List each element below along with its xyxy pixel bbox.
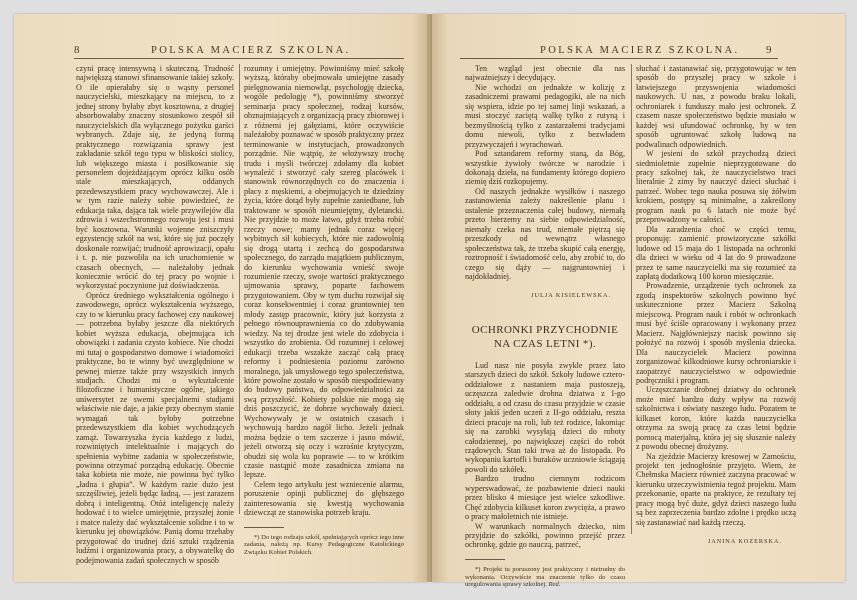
article-title-line-2: NA CZAS LETNI *). [465, 337, 625, 351]
paragraph: Ten wzgląd jest obecnie dla nas najważni… [465, 64, 625, 83]
paragraph: Bardzo trudno ciemnym rodzicom wyperswad… [465, 474, 625, 521]
footnote-left: *) Do tego rodzaju szkół, spełniających … [244, 534, 404, 557]
footnote-right: *) Projekt tu poruszony jest praktyczny … [465, 566, 625, 589]
paragraph: W warunkach normalnych dziecko, nim przy… [465, 522, 625, 550]
column-divider-right [631, 64, 632, 534]
paragraph: Uczęszczanie drobnej dziatwy do ochronek… [636, 385, 796, 451]
left-page-column-1: czyni pracę intensywną i skuteczną. Trud… [76, 64, 234, 565]
page-number-right: 9 [766, 44, 772, 56]
footnote-rule [244, 527, 284, 528]
paragraph: Dla zaradzenia choć w części temu, propo… [636, 225, 796, 282]
paragraph: Lud nasz nie posyła zwykle przez lato st… [465, 361, 625, 474]
paragraph: czyni pracę intensywną i skuteczną. Trud… [76, 64, 234, 291]
footnote-text: *) Projekt tu poruszony jest praktyczny … [465, 566, 625, 588]
author-signature-kisielewska: JULJA KISIELEWSKA. [465, 291, 611, 300]
paragraph: W jesieni do szkół przychodzą dzieci sie… [636, 149, 796, 225]
page-number-left: 8 [74, 44, 80, 56]
paragraph: Celem tego artykułu jest wzniecenie alar… [244, 480, 404, 518]
paragraph: Pod sztandarem reformy staną, da Bóg, ws… [465, 149, 625, 187]
paragraph: Od naszych jednakże wysiłków i naszego z… [465, 187, 625, 282]
running-head-right: POLSKA MACIERZ SZKOLNA. [540, 45, 740, 56]
article-title: OCHRONKI PRZYCHODNIE NA CZAS LETNI *). [465, 323, 625, 351]
right-page-column-2: słuchać i zastanawiać się, przygotowując… [636, 64, 796, 547]
left-page-column-2: rozumny i umiejętny. Powinniśmy mieć szk… [244, 64, 404, 557]
left-page: 8 POLSKA MACIERZ SZKOLNA. czyni pracę in… [14, 14, 428, 582]
paragraph: Na zjeździe Macierzy kresowej w Zamościu… [636, 452, 796, 528]
article-title-line-1: OCHRONKI PRZYCHODNIE [465, 323, 625, 337]
author-signature-kozerska: JANINA KOZERSKA. [636, 537, 782, 546]
footnote-rule [465, 559, 505, 560]
running-head-left: POLSKA MACIERZ SZKOLNA. [151, 45, 351, 56]
right-page-column-1: Ten wzgląd jest obecnie dla nas najważni… [465, 64, 625, 589]
column-divider-left [239, 64, 240, 514]
paragraph: Nie wchodzi on jednakże w kolizję z zasa… [465, 83, 625, 149]
paragraph: Oprócz średniego wykształcenia ogólnego … [76, 291, 234, 565]
book-spread: 8 POLSKA MACIERZ SZKOLNA. czyni pracę in… [14, 14, 845, 582]
footnote-editor-mark: Red. [549, 581, 561, 588]
header-rule-left [74, 58, 404, 59]
header-rule-right [460, 58, 778, 59]
right-page: POLSKA MACIERZ SZKOLNA. 9 Ten wzgląd jes… [432, 14, 845, 582]
paragraph: słuchać i zastanawiać się, przygotowując… [636, 64, 796, 149]
paragraph: rozumny i umiejętny. Powinniśmy mieć szk… [244, 64, 404, 480]
paragraph: Prowadzenie, urządzenie tych ochronek za… [636, 281, 796, 385]
